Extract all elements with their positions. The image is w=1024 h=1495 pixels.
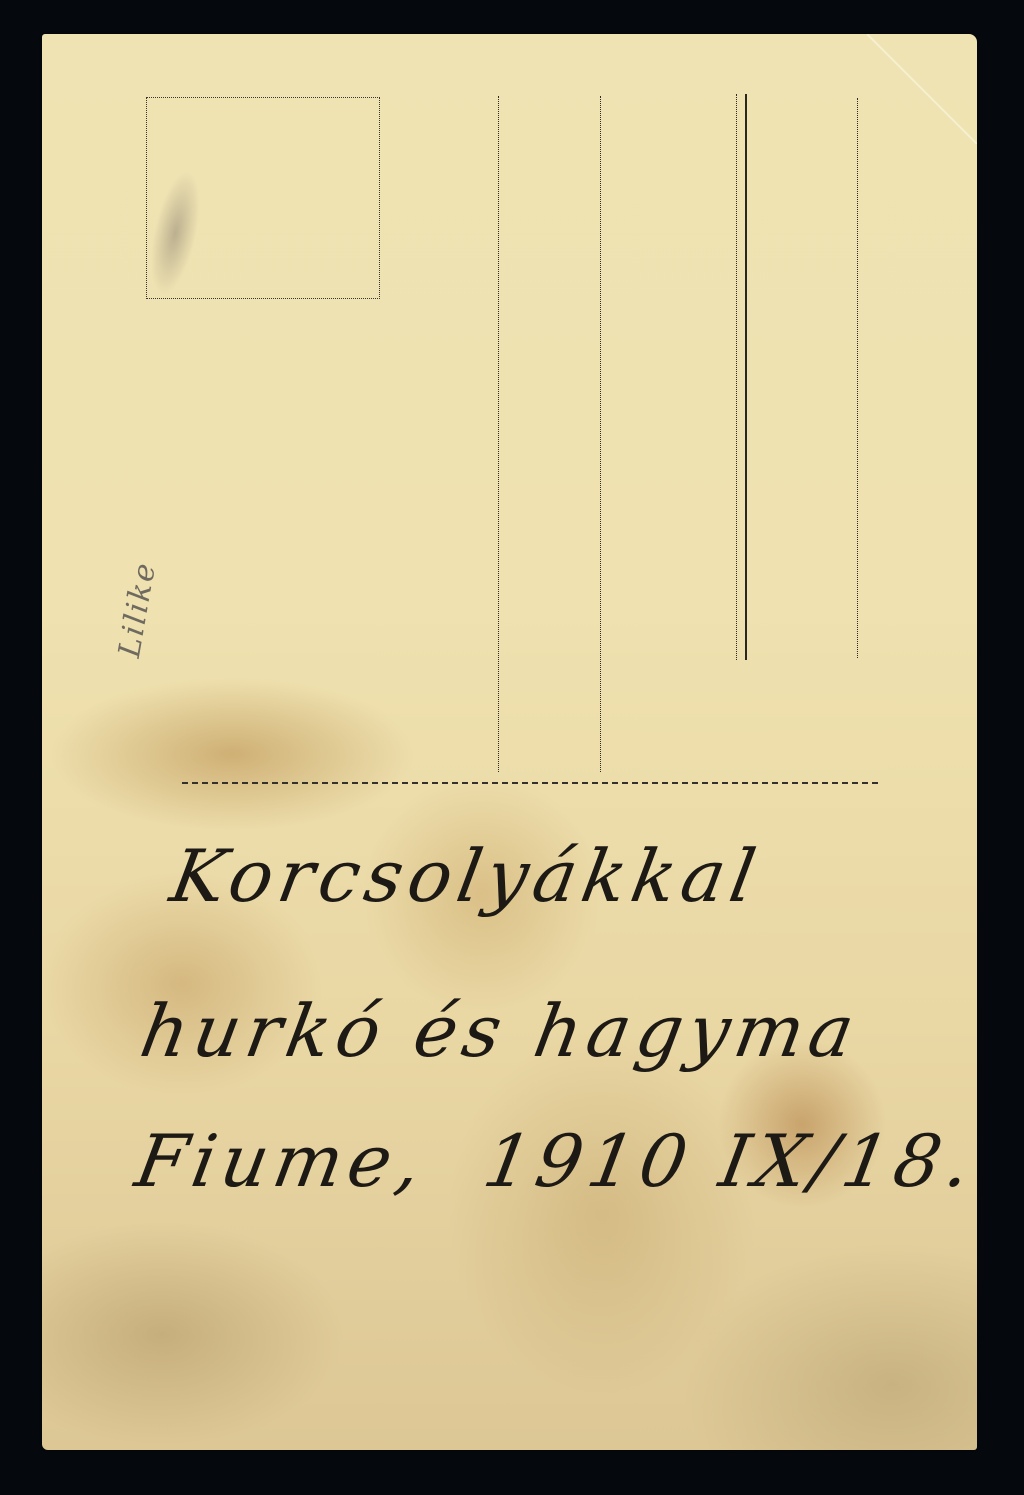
handwriting-line-2: hurkó és hagyma — [135, 989, 867, 1073]
postcard-back: Lilike Korcsolyákkal hurkó és hagyma Fiu… — [42, 34, 977, 1450]
handwriting-line-3: Fiume, 1910 IX/18. — [130, 1119, 983, 1203]
address-line-3-dotted — [736, 94, 737, 660]
handwriting-line-1: Korcsolyákkal — [165, 834, 768, 918]
place-name: Fiume, — [130, 1119, 434, 1203]
pencil-note: Lilike — [112, 559, 163, 660]
corner-crease — [867, 34, 977, 144]
address-line-3-solid — [745, 94, 747, 660]
address-line-4 — [857, 98, 858, 658]
divider-line — [182, 782, 878, 784]
address-line-2 — [600, 96, 601, 772]
address-line-1 — [498, 96, 499, 772]
date: 1910 IX/18. — [478, 1119, 983, 1203]
stamp-box — [146, 97, 380, 299]
